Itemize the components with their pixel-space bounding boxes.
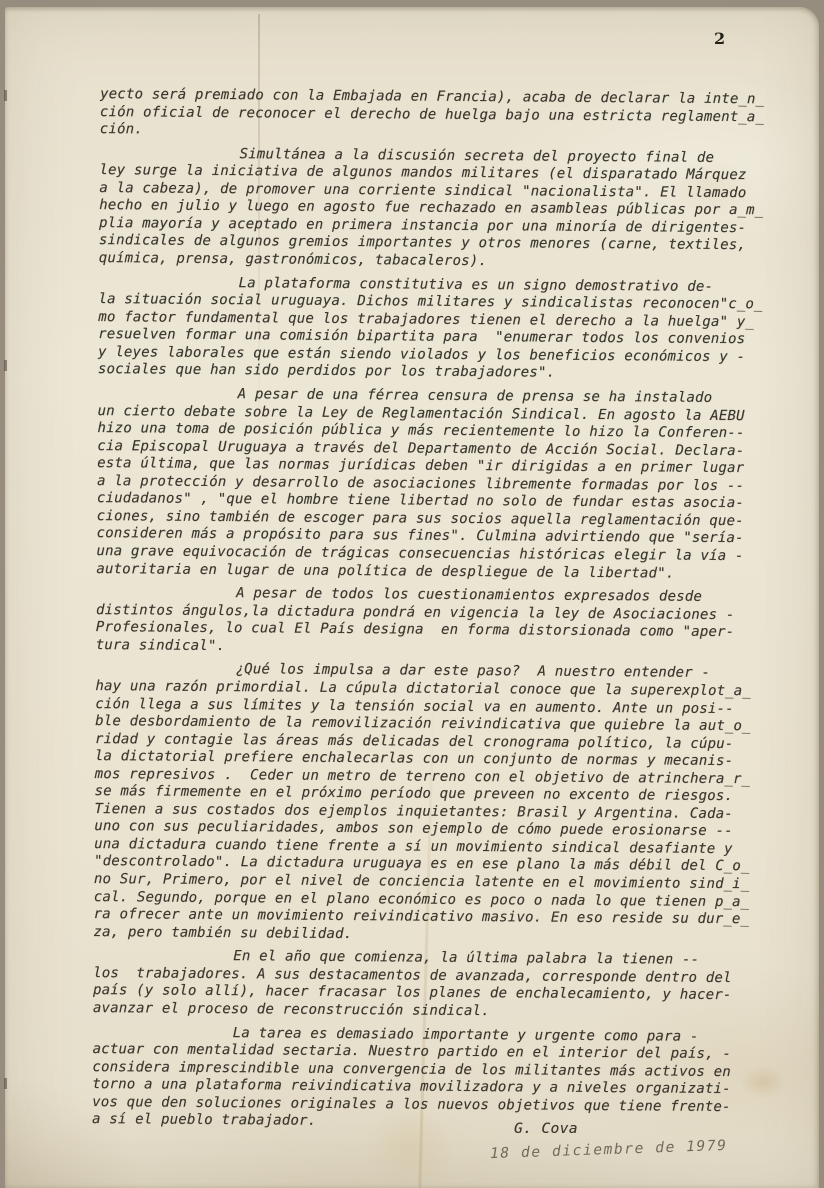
binding-edge-mark (4, 1078, 7, 1089)
paragraph: A pesar de todos los cuestionamientos ex… (96, 584, 787, 660)
signature-name: G. Cova (514, 1121, 578, 1137)
paragraph: A pesar de una férrea censura de prensa … (96, 385, 787, 583)
paragraph: La plataforma constitutiva es un signo d… (98, 274, 789, 385)
paragraph: ¿Qué los impulsa a dar este paso? A nues… (93, 660, 785, 946)
document-body: yecto será premiado con la Embajada en F… (92, 86, 790, 1140)
paragraph: Simultánea a la discusión secreta del pr… (99, 145, 790, 273)
page-number: 2 (714, 29, 725, 48)
binding-edge-mark (4, 90, 7, 101)
binding-edge-mark (4, 360, 7, 371)
paragraph: En el año que comienza, la última palabr… (93, 947, 784, 1023)
paragraph: La tarea es demasiado importante y urgen… (92, 1024, 783, 1135)
paragraph: yecto será premiado con la Embajada en F… (100, 86, 790, 144)
